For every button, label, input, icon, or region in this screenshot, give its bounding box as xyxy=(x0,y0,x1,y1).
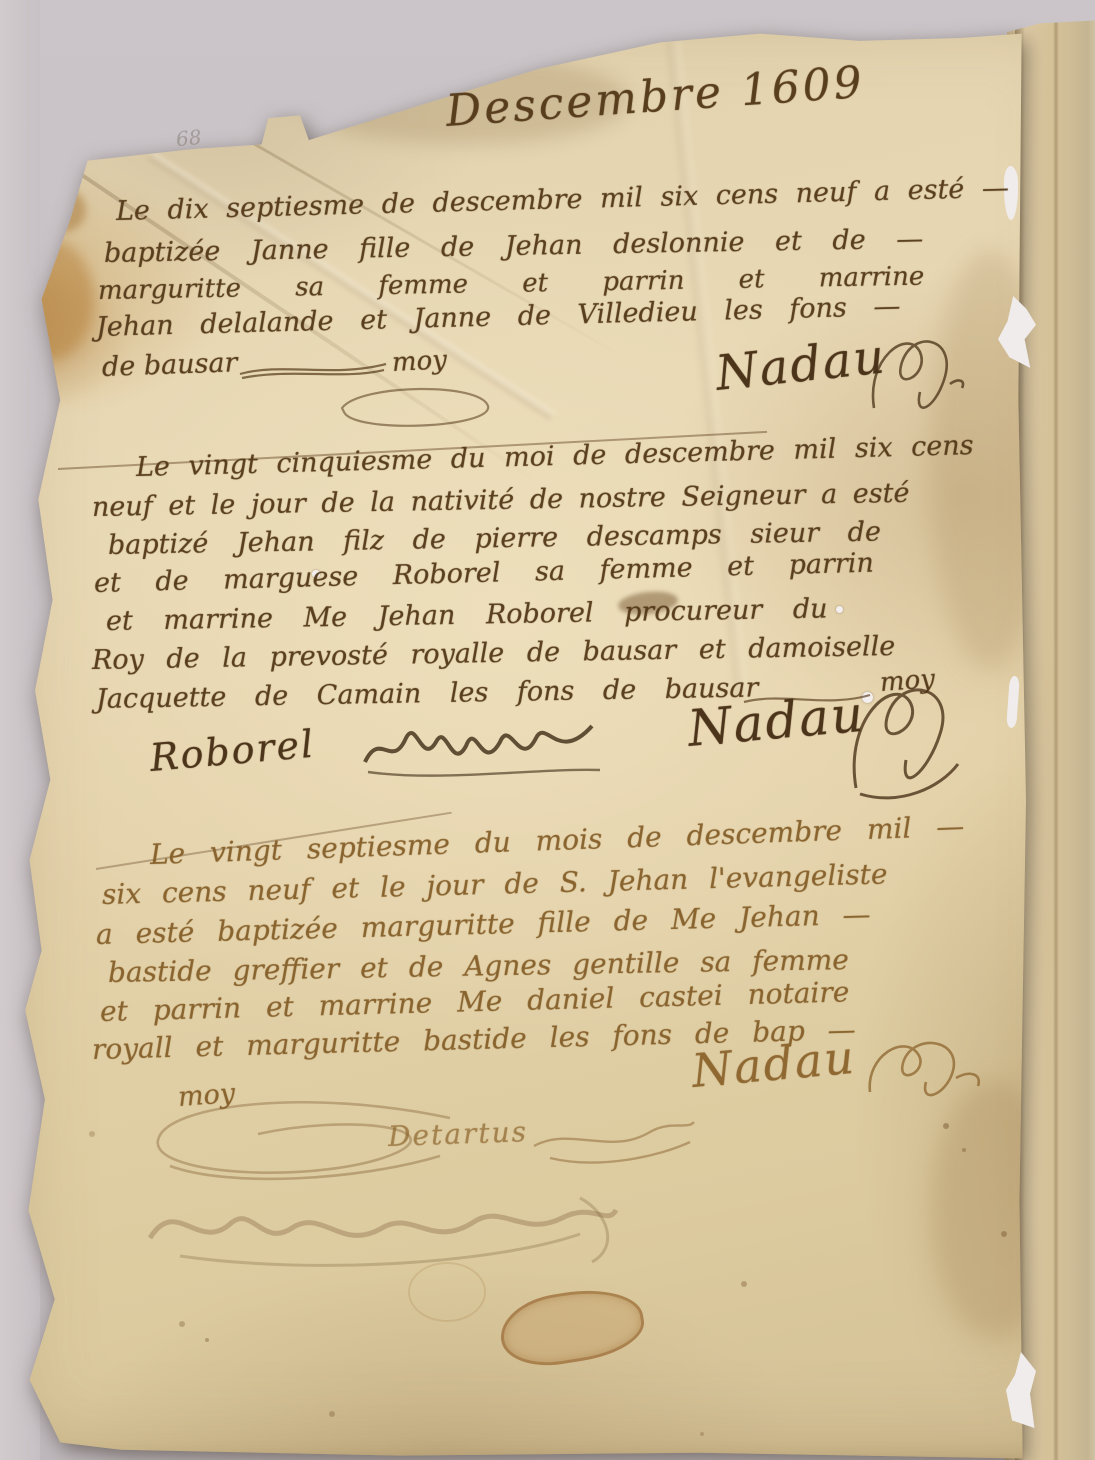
entry3-line: moy xyxy=(177,1078,236,1113)
stain xyxy=(8,240,94,360)
page-number: 68 xyxy=(175,125,203,152)
stain xyxy=(40,188,86,232)
foxing-specks xyxy=(0,0,4,4)
pin-hole xyxy=(836,606,843,613)
entry1-line: moy xyxy=(391,345,447,378)
stain xyxy=(930,1080,1060,1340)
signature-detartus: Detartus xyxy=(387,1115,528,1153)
faint-stain-ring xyxy=(408,1262,486,1322)
entry1-line: de bausar xyxy=(101,347,237,383)
scanned-manuscript-page: 68 Descembre 1609 Le dix septiesme de de… xyxy=(0,0,1095,1460)
entry2-line: moy xyxy=(879,664,936,698)
water-stain-ring xyxy=(495,1281,648,1373)
